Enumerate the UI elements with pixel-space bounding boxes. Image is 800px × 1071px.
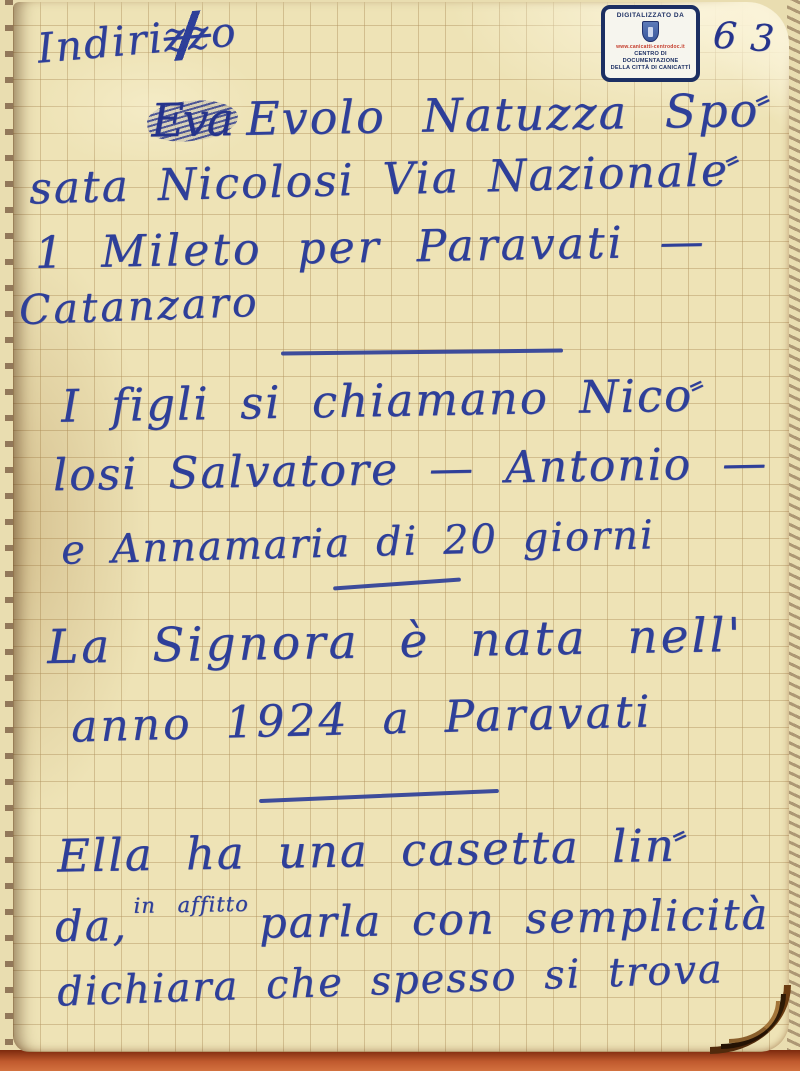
- inserted-word-above-line: in affitto: [133, 892, 249, 918]
- ink-divider-2: [333, 578, 461, 590]
- handwritten-line-address-4: Catanzaro: [18, 278, 260, 334]
- stamp-website: www.canicatti-centrodoc.it: [616, 44, 685, 50]
- ink-divider-1: [281, 349, 563, 356]
- heading-text-end: o: [209, 7, 240, 57]
- handwritten-line-house-2: da,in affittoparla con semplicità: [55, 890, 770, 952]
- handwritten-line-house-3: dichiara che spesso si trova: [56, 946, 724, 1015]
- handwritten-line-address-3: 1 Mileto per Paravati —: [35, 216, 707, 279]
- line-text: parla con semplicità: [259, 890, 770, 949]
- handwritten-line-address-1: EvaEvolo Natuzza Spo=: [151, 83, 782, 148]
- handwritten-line-children-2: losi Salvatore — Antonio —: [53, 438, 769, 501]
- scribbled-out-word: Eva: [151, 92, 233, 147]
- handwritten-line-address-2: sata Nicolosi Via Nazionale=: [28, 145, 751, 215]
- page-curl-bottom-right-inner: [729, 1001, 780, 1043]
- canicatti-shield-icon: [642, 21, 659, 42]
- notebook-cover-edge-left: [5, 0, 13, 1071]
- stamp-digitized-by-label: DIGITALIZZATO DA: [617, 12, 685, 19]
- line-text: sata Nicolosi Via Nazionale: [28, 145, 729, 214]
- handwritten-line-birth-1: La Signora è nata nell': [47, 608, 744, 675]
- ink-divider-3: [259, 789, 499, 803]
- handwritten-line-house-1: Ella ha una casetta lin=: [57, 818, 698, 882]
- heading-text: Indiri: [35, 14, 165, 73]
- line-text: I figli si chiamano Nico: [61, 369, 694, 433]
- notebook-cover-edge-bottom: [0, 1050, 800, 1071]
- handwritten-line-children-3: e Annamaria di 20 giorni: [60, 512, 655, 574]
- notebook-page-scan: DIGITALIZZATO DA www.canicatti-centrodoc…: [0, 0, 800, 1071]
- stamp-organization: CENTRO DI DOCUMENTAZIONE DELLA CITTÀ DI …: [607, 51, 694, 72]
- stamp-org-line1: CENTRO DI DOCUMENTAZIONE: [623, 51, 679, 64]
- line-text: Evolo Natuzza Spo: [246, 83, 760, 146]
- heading-indirizzo: Indirizzo: [35, 7, 239, 72]
- squared-paper-page: DIGITALIZZATO DA www.canicatti-centrodoc…: [13, 2, 789, 1052]
- digitization-stamp: DIGITALIZZATO DA www.canicatti-centrodoc…: [601, 5, 700, 82]
- page-number: 63: [712, 13, 790, 61]
- handwritten-line-birth-2: anno 1924 a Paravati: [70, 686, 653, 752]
- handwritten-line-children-1: I figli si chiamano Nico=: [61, 368, 716, 432]
- line-text: da,: [55, 901, 129, 952]
- line-text: Ella ha una casetta lin: [57, 819, 677, 883]
- strikethrough-text: zz: [161, 10, 212, 62]
- stamp-org-line2: DELLA CITTÀ DI CANICATTÌ: [611, 65, 691, 71]
